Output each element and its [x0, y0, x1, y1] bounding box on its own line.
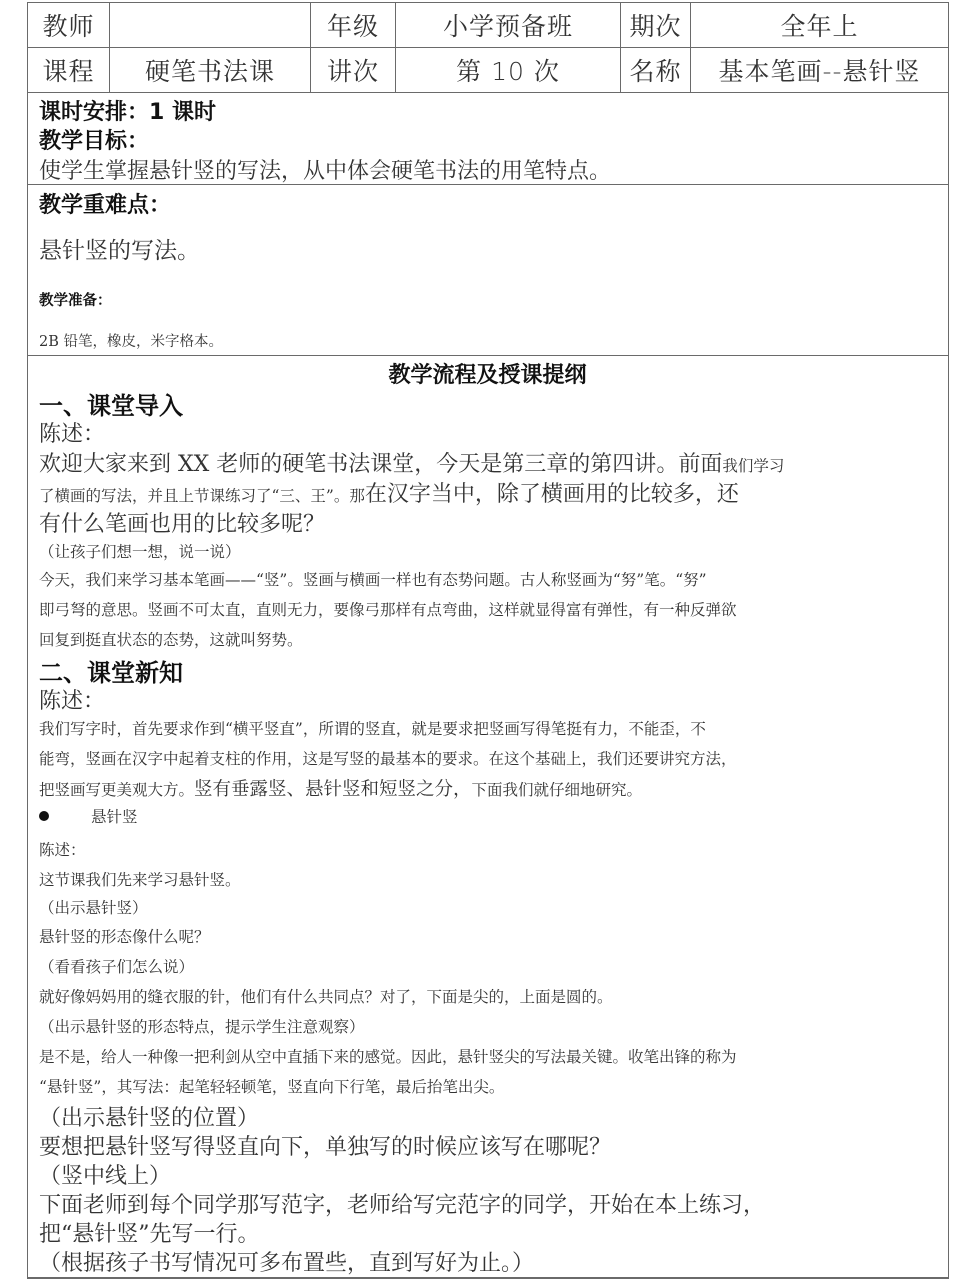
content-line-large: （根据孩子书写情况可多布置些，直到写好为止。）	[39, 1246, 534, 1277]
content-line: （出示悬针竖的形态特点，提示学生注意观察）	[39, 1015, 365, 1037]
content-line-large: 把“悬针竖”先写一行。	[39, 1217, 260, 1248]
key-points-title: 教学重难点：	[39, 188, 171, 219]
section1-paragraph-line: 了横画的写法，并且上节课练习了“三、王”。那在汉字当中，除了横画用的比较多，还	[39, 477, 739, 508]
text-span: 我们学习	[722, 457, 784, 475]
name-value: 基本笔画--悬针竖	[691, 48, 949, 93]
section1-note: （让孩子们想一想，说一说）	[39, 540, 241, 562]
section2-label: 陈述：	[39, 684, 105, 715]
content-line: 这节课我们先来学习悬针竖。	[39, 868, 241, 890]
content-line: （出示悬针竖）	[39, 896, 148, 918]
sub-label: 陈述：	[39, 838, 86, 860]
content-line-large: 要想把悬针竖写得竖直向下，单独写的时候应该写在哪呢？	[39, 1130, 611, 1161]
content-line: “悬针竖”，其写法：起笔轻轻顿笔，竖直向下行笔，最后抬笔出尖。	[39, 1075, 504, 1097]
term-label: 期次	[621, 3, 691, 48]
text-span: 欢迎大家来到 XX 老师的硬笔书法课堂，今天是第三章的第四讲。前面	[39, 452, 722, 477]
text-span: 了横画的写法，并且上节课练习了“三、王”。那	[39, 487, 365, 505]
text-span: 竖有垂露竖、悬针竖和短竖之分，	[194, 779, 472, 800]
section2-p1-line: 能弯，竖画在汉字中起着支柱的作用，这是写竖的最基本的要求。在这个基础上，我们还要…	[39, 747, 737, 769]
grade-label: 年级	[311, 3, 396, 48]
teacher-value	[110, 3, 311, 48]
schedule-text: 课时安排：1 课时	[39, 95, 216, 126]
bullet-item: 悬针竖	[39, 805, 138, 827]
lesson-plan-page: 教师 年级 小学预备班 期次 全年上 课程 硬笔书法课 讲次 第 10 次 名称…	[0, 0, 964, 1280]
section1-label: 陈述：	[39, 417, 105, 448]
bullet-icon	[39, 811, 49, 821]
lesson-header-table: 教师 年级 小学预备班 期次 全年上 课程 硬笔书法课 讲次 第 10 次 名称…	[27, 2, 949, 93]
flow-title: 教学流程及授课提纲	[27, 358, 948, 389]
name-label: 名称	[621, 48, 691, 93]
goal-title: 教学目标：	[39, 124, 149, 155]
content-line-large: （竖中线上）	[39, 1159, 171, 1190]
section1-heading: 一、课堂导入	[39, 386, 183, 421]
header-row-teacher: 教师 年级 小学预备班 期次 全年上	[28, 3, 949, 48]
section1-p2-line: 即弓弩的意思。竖画不可太直，直则无力，要像弓那样有点弯曲，这样就显得富有弹性，有…	[39, 598, 737, 620]
section2-p1-line: 我们写字时，首先要求作到“横平竖直”，所谓的竖直，就是要求把竖画写得笔挺有力，不…	[39, 717, 706, 739]
teacher-label: 教师	[28, 3, 110, 48]
section1-p2-line: 今天，我们来学习基本笔画——“竖”。竖画与横画一样也有态势问题。古人称竖画为“努…	[39, 568, 707, 590]
course-label: 课程	[28, 48, 110, 93]
course-value: 硬笔书法课	[110, 48, 311, 93]
divider-line	[27, 355, 948, 356]
prep-text: 2B 铅笔，橡皮，米字格本。	[39, 330, 223, 351]
section1-paragraph-line: 欢迎大家来到 XX 老师的硬笔书法课堂，今天是第三章的第四讲。前面我们学习	[39, 447, 784, 478]
section2-heading: 二、课堂新知	[39, 653, 183, 688]
bullet-item-label: 悬针竖	[91, 808, 138, 826]
header-row-course: 课程 硬笔书法课 讲次 第 10 次 名称 基本笔画--悬针竖	[28, 48, 949, 93]
content-line: （看看孩子们怎么说）	[39, 955, 194, 977]
content-line-large: （出示悬针竖的位置）	[39, 1101, 259, 1132]
text-span: 在汉字当中，除了横画用的比较多，还	[365, 482, 739, 507]
prep-title: 教学准备：	[39, 289, 112, 310]
content-line-large: 下面老师到每个同学那写范字，老师给写完范字的同学，开始在本上练习，	[39, 1188, 765, 1219]
section2-p1-line: 把竖画写更美观大方。竖有垂露竖、悬针竖和短竖之分，下面我们就仔细地研究。	[39, 775, 642, 801]
session-label: 讲次	[311, 48, 396, 93]
content-line: 悬针竖的形态像什么呢？	[39, 925, 210, 947]
content-line: 是不是，给人一种像一把利剑从空中直插下来的感觉。因此，悬针竖尖的写法最关键。收笔…	[39, 1045, 737, 1067]
content-line: 就好像妈妈用的缝衣服的针，他们有什么共同点？对了，下面是尖的，上面是圆的。	[39, 985, 613, 1007]
term-value: 全年上	[691, 3, 949, 48]
section1-paragraph-line: 有什么笔画也用的比较多呢？	[39, 507, 325, 538]
text-span: 把竖画写更美观大方。	[39, 781, 194, 799]
grade-value: 小学预备班	[396, 3, 621, 48]
key-points-text: 悬针竖的写法。	[39, 232, 200, 265]
section1-p2-line: 回复到挺直状态的态势，这就叫努势。	[39, 628, 303, 650]
text-span: 下面我们就仔细地研究。	[472, 781, 643, 799]
goal-text: 使学生掌握悬针竖的写法，从中体会硬笔书法的用笔特点。	[39, 154, 611, 185]
session-value: 第 10 次	[396, 48, 621, 93]
